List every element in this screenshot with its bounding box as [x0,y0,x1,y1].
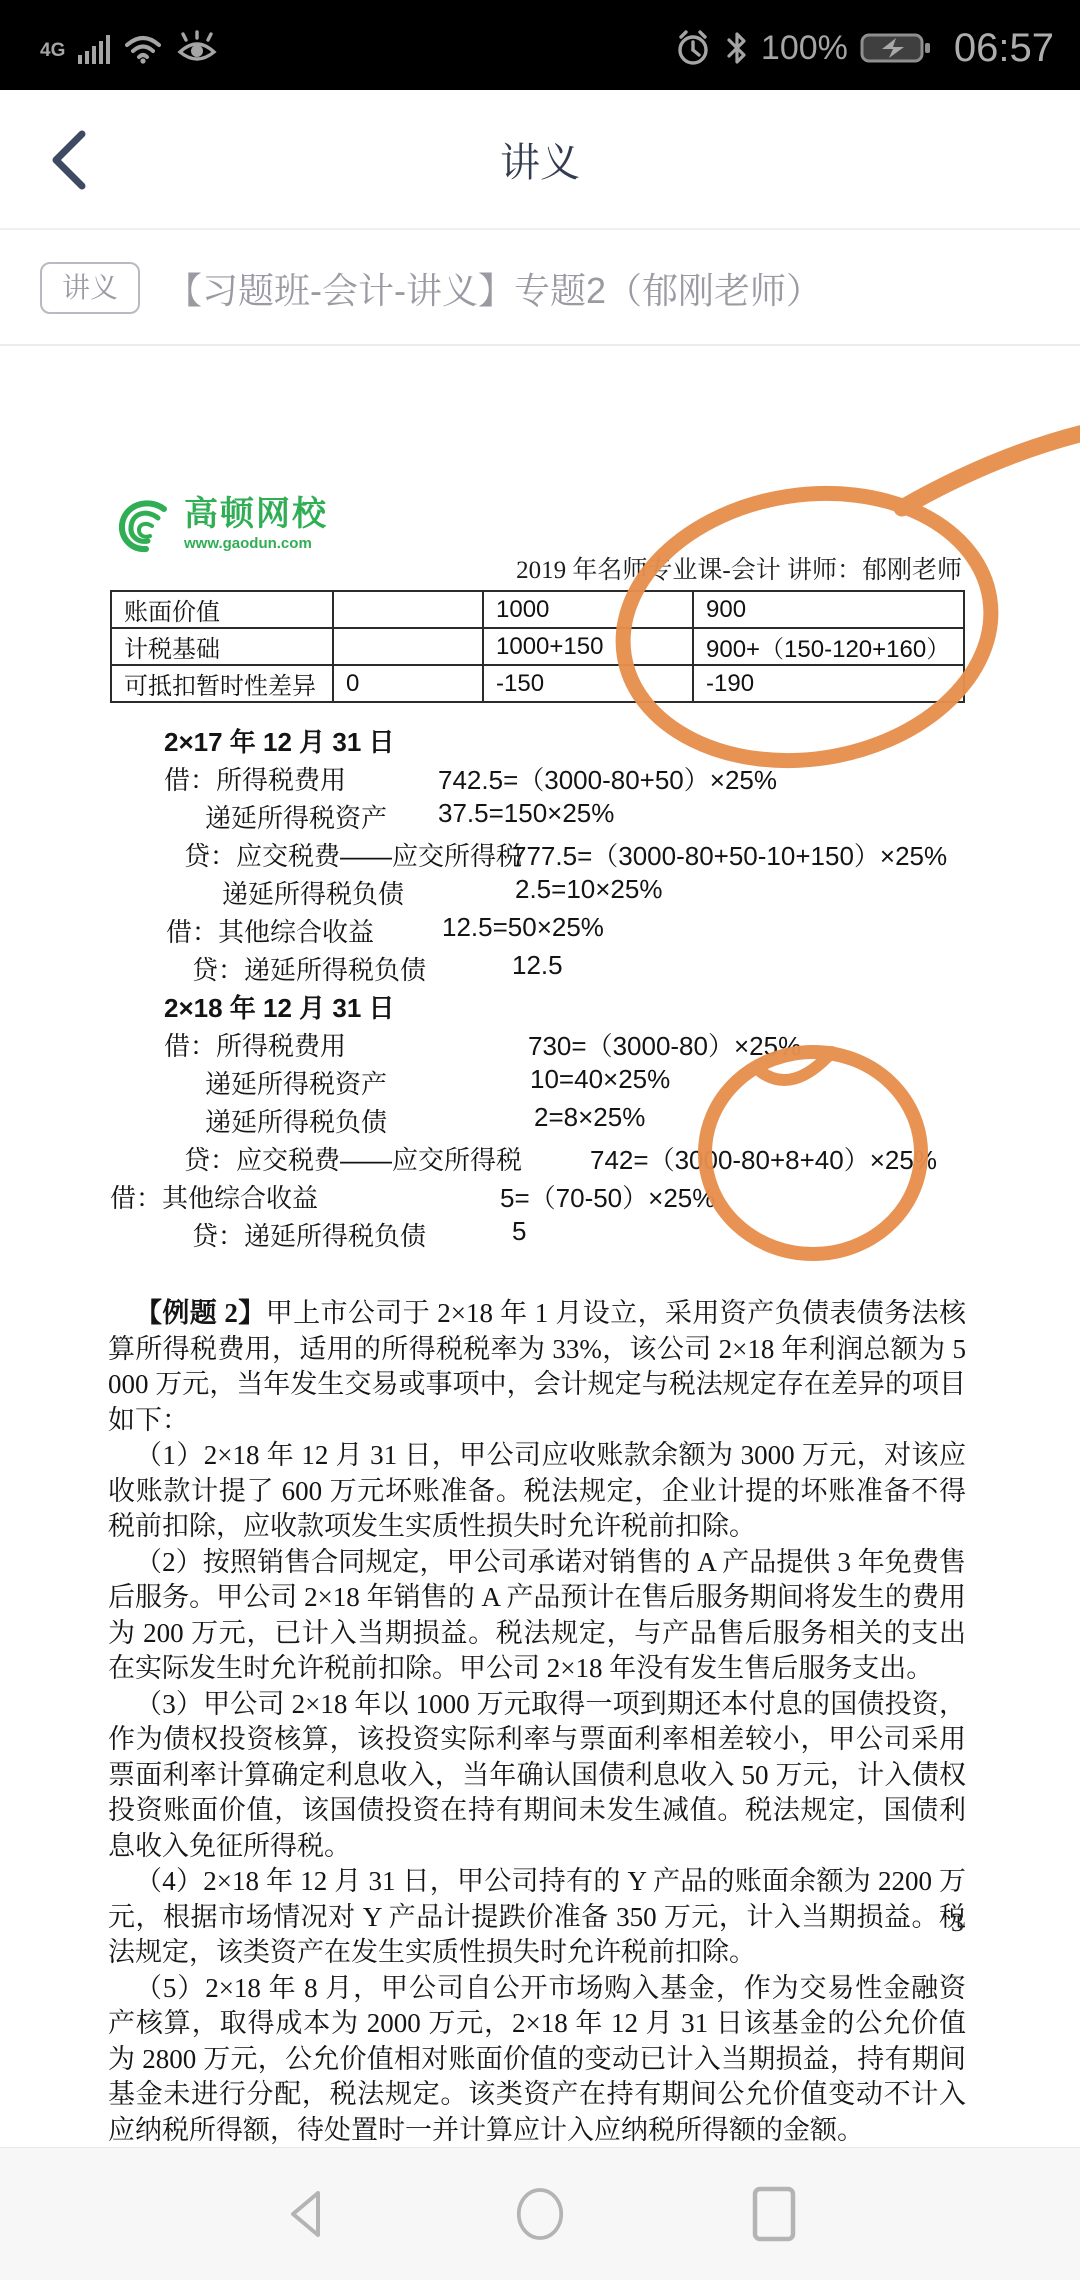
journal-amount-formula: 2=8×25% [534,1102,645,1133]
journal-date: 2×18 年 12 月 31 日 [164,988,395,1025]
journal-entry-line: 贷：应交税费——应交所得税777.5=（3000-80+50-10+150）×2… [0,836,1080,874]
journal-account-label: 递延所得税负债 [205,1102,387,1139]
journal-amount-formula: 742.5=（3000-80+50）×25% [438,760,777,797]
table-cell: 可抵扣暂时性差异 [111,665,333,702]
table-cell [333,591,483,628]
eye-comfort-icon [175,30,219,66]
gaodun-swirl-icon [112,496,176,560]
nav-home-button[interactable] [516,2187,564,2241]
journal-amount-formula: 5=（70-50）×25% [500,1178,715,1215]
body-paragraph: （2）按照销售合同规定，甲公司承诺对销售的 A 产品提供 3 年免费售后服务。甲… [108,1545,966,1687]
journal-entry-line: 借：所得税费用730=（3000-80）×25% [0,1026,1080,1064]
nav-back-button[interactable] [282,2187,330,2241]
journal-amount-formula: 777.5=（3000-80+50-10+150）×25% [512,836,947,873]
table-cell: 计税基础 [111,628,333,665]
journal-account-label: 借：其他综合收益 [110,1178,318,1215]
journal-entry-line: 递延所得税负债2.5=10×25% [0,874,1080,912]
journal-amount-formula: 10=40×25% [530,1064,670,1095]
journal-entry-line: 贷：递延所得税负债12.5 [0,950,1080,988]
body-paragraph: （1）2×18 年 12 月 31 日，甲公司应收账款余额为 3000 万元，对… [108,1438,966,1545]
body-paragraph: （3）甲公司 2×18 年以 1000 万元取得一项到期还本付息的国债投资，作为… [108,1687,966,1865]
app-header: 讲义 [0,90,1080,230]
journal-amount-formula: 37.5=150×25% [438,798,614,829]
wifi-icon [123,32,163,64]
journal-entry-line: 借：其他综合收益5=（70-50）×25% [0,1178,1080,1216]
logo-site-text: www.gaodun.com [184,535,328,552]
diff-table-body: 账面价值1000900计税基础1000+150900+（150-120+160）… [111,591,964,702]
clock-label: 06:57 [954,26,1054,71]
phone-screen: 4G [0,0,1080,2280]
journal-entry-line: 递延所得税资产37.5=150×25% [0,798,1080,836]
journal-account-label: 贷：应交税费——应交所得税 [184,836,522,873]
journal-amount-formula: 742=（3000-80+8+40）×25% [590,1140,937,1177]
journal-entry-line: 贷：递延所得税负债5 [0,1216,1080,1254]
table-row: 可抵扣暂时性差异0-150-190 [111,665,964,702]
nav-recents-button[interactable] [750,2187,798,2241]
journal-account-label: 借：所得税费用 [164,1026,346,1063]
journal-entry-line: 贷：应交税费——应交所得税742=（3000-80+8+40）×25% [0,1140,1080,1178]
journal-entry-line: 借：所得税费用742.5=（3000-80+50）×25% [0,760,1080,798]
lecture-subheader: 讲义 【习题班-会计-讲义】专题2（郁刚老师） [0,232,1080,346]
status-left-group: 4G [40,30,219,66]
page-title: 讲义 [0,90,1080,228]
journal-amount-formula: 730=（3000-80）×25% [528,1026,801,1063]
journal-date: 2×17 年 12 月 31 日 [164,722,395,759]
table-cell: 1000+150 [483,628,693,665]
journal-account-label: 贷：递延所得税负债 [192,1216,426,1253]
course-header-line: 2019 年名师专业课-会计 讲师：郁刚老师 [516,550,962,586]
tax-diff-table: 账面价值1000900计税基础1000+150900+（150-120+160）… [110,590,965,703]
table-cell: 0 [333,665,483,702]
journal-amount-formula: 2.5=10×25% [515,874,662,905]
gaodun-logo: 高顿网校 www.gaodun.com [112,496,328,560]
lecture-title: 【习题班-会计-讲义】专题2（郁刚老师） [166,263,822,314]
body-paragraph: （5）2×18 年 8 月，甲公司自公开市场购入基金，作为交易性金融资产核算，取… [108,1971,966,2149]
journal-account-label: 借：所得税费用 [164,760,346,797]
signal-strength-icon [77,31,111,65]
journal-date-line: 2×18 年 12 月 31 日 [0,988,1080,1026]
table-cell: 900 [693,591,964,628]
journal-entry-line: 借：其他综合收益12.5=50×25% [0,912,1080,950]
status-right-group: 100% 06:57 [673,26,1054,71]
body-paragraph: 【例题 2】甲上市公司于 2×18 年 1 月设立，采用资产负债表债务法核算所得… [108,1296,966,1438]
journal-amount-formula: 12.5=50×25% [442,912,604,943]
journal-entry-line: 递延所得税资产10=40×25% [0,1064,1080,1102]
table-cell: -150 [483,665,693,702]
journal-entry-line: 递延所得税负债2=8×25% [0,1102,1080,1140]
journal-account-label: 递延所得税资产 [205,798,387,835]
journal-account-label: 贷：应交税费——应交所得税 [184,1140,522,1177]
journal-date-line: 2×17 年 12 月 31 日 [0,722,1080,760]
journal-account-label: 借：其他综合收益 [166,912,374,949]
alarm-icon [673,28,713,68]
android-nav-bar [0,2147,1080,2280]
paragraphs-block: 【例题 2】甲上市公司于 2×18 年 1 月设立，采用资产负债表债务法核算所得… [108,1296,966,2184]
body-paragraph: （4）2×18 年 12 月 31 日，甲公司持有的 Y 产品的账面余额为 22… [108,1864,966,1971]
logo-brand-text: 高顿网校 [184,496,328,533]
journal-account-label: 递延所得税资产 [205,1064,387,1101]
journal-amount-formula: 5 [512,1216,526,1247]
bluetooth-icon [725,30,749,66]
journal-amount-formula: 12.5 [512,950,563,981]
table-row: 计税基础1000+150900+（150-120+160） [111,628,964,665]
table-cell: 900+（150-120+160） [693,628,964,665]
example-label: 【例题 2】 [135,1298,266,1328]
page-number: 3 [951,1908,964,1938]
journal-account-label: 贷：递延所得税负债 [192,950,426,987]
table-cell: 账面价值 [111,591,333,628]
table-row: 账面价值1000900 [111,591,964,628]
lecture-type-badge: 讲义 [40,262,140,314]
table-cell [333,628,483,665]
battery-charging-icon [860,30,932,66]
status-bar: 4G [0,0,1080,90]
table-cell: 1000 [483,591,693,628]
document-page[interactable]: 高顿网校 www.gaodun.com 2019 年名师专业课-会计 讲师：郁刚… [0,348,1080,2147]
network-type-label: 4G [40,40,65,62]
journal-account-label: 递延所得税负债 [222,874,404,911]
table-cell: -190 [693,665,964,702]
battery-percent-label: 100% [761,29,848,68]
